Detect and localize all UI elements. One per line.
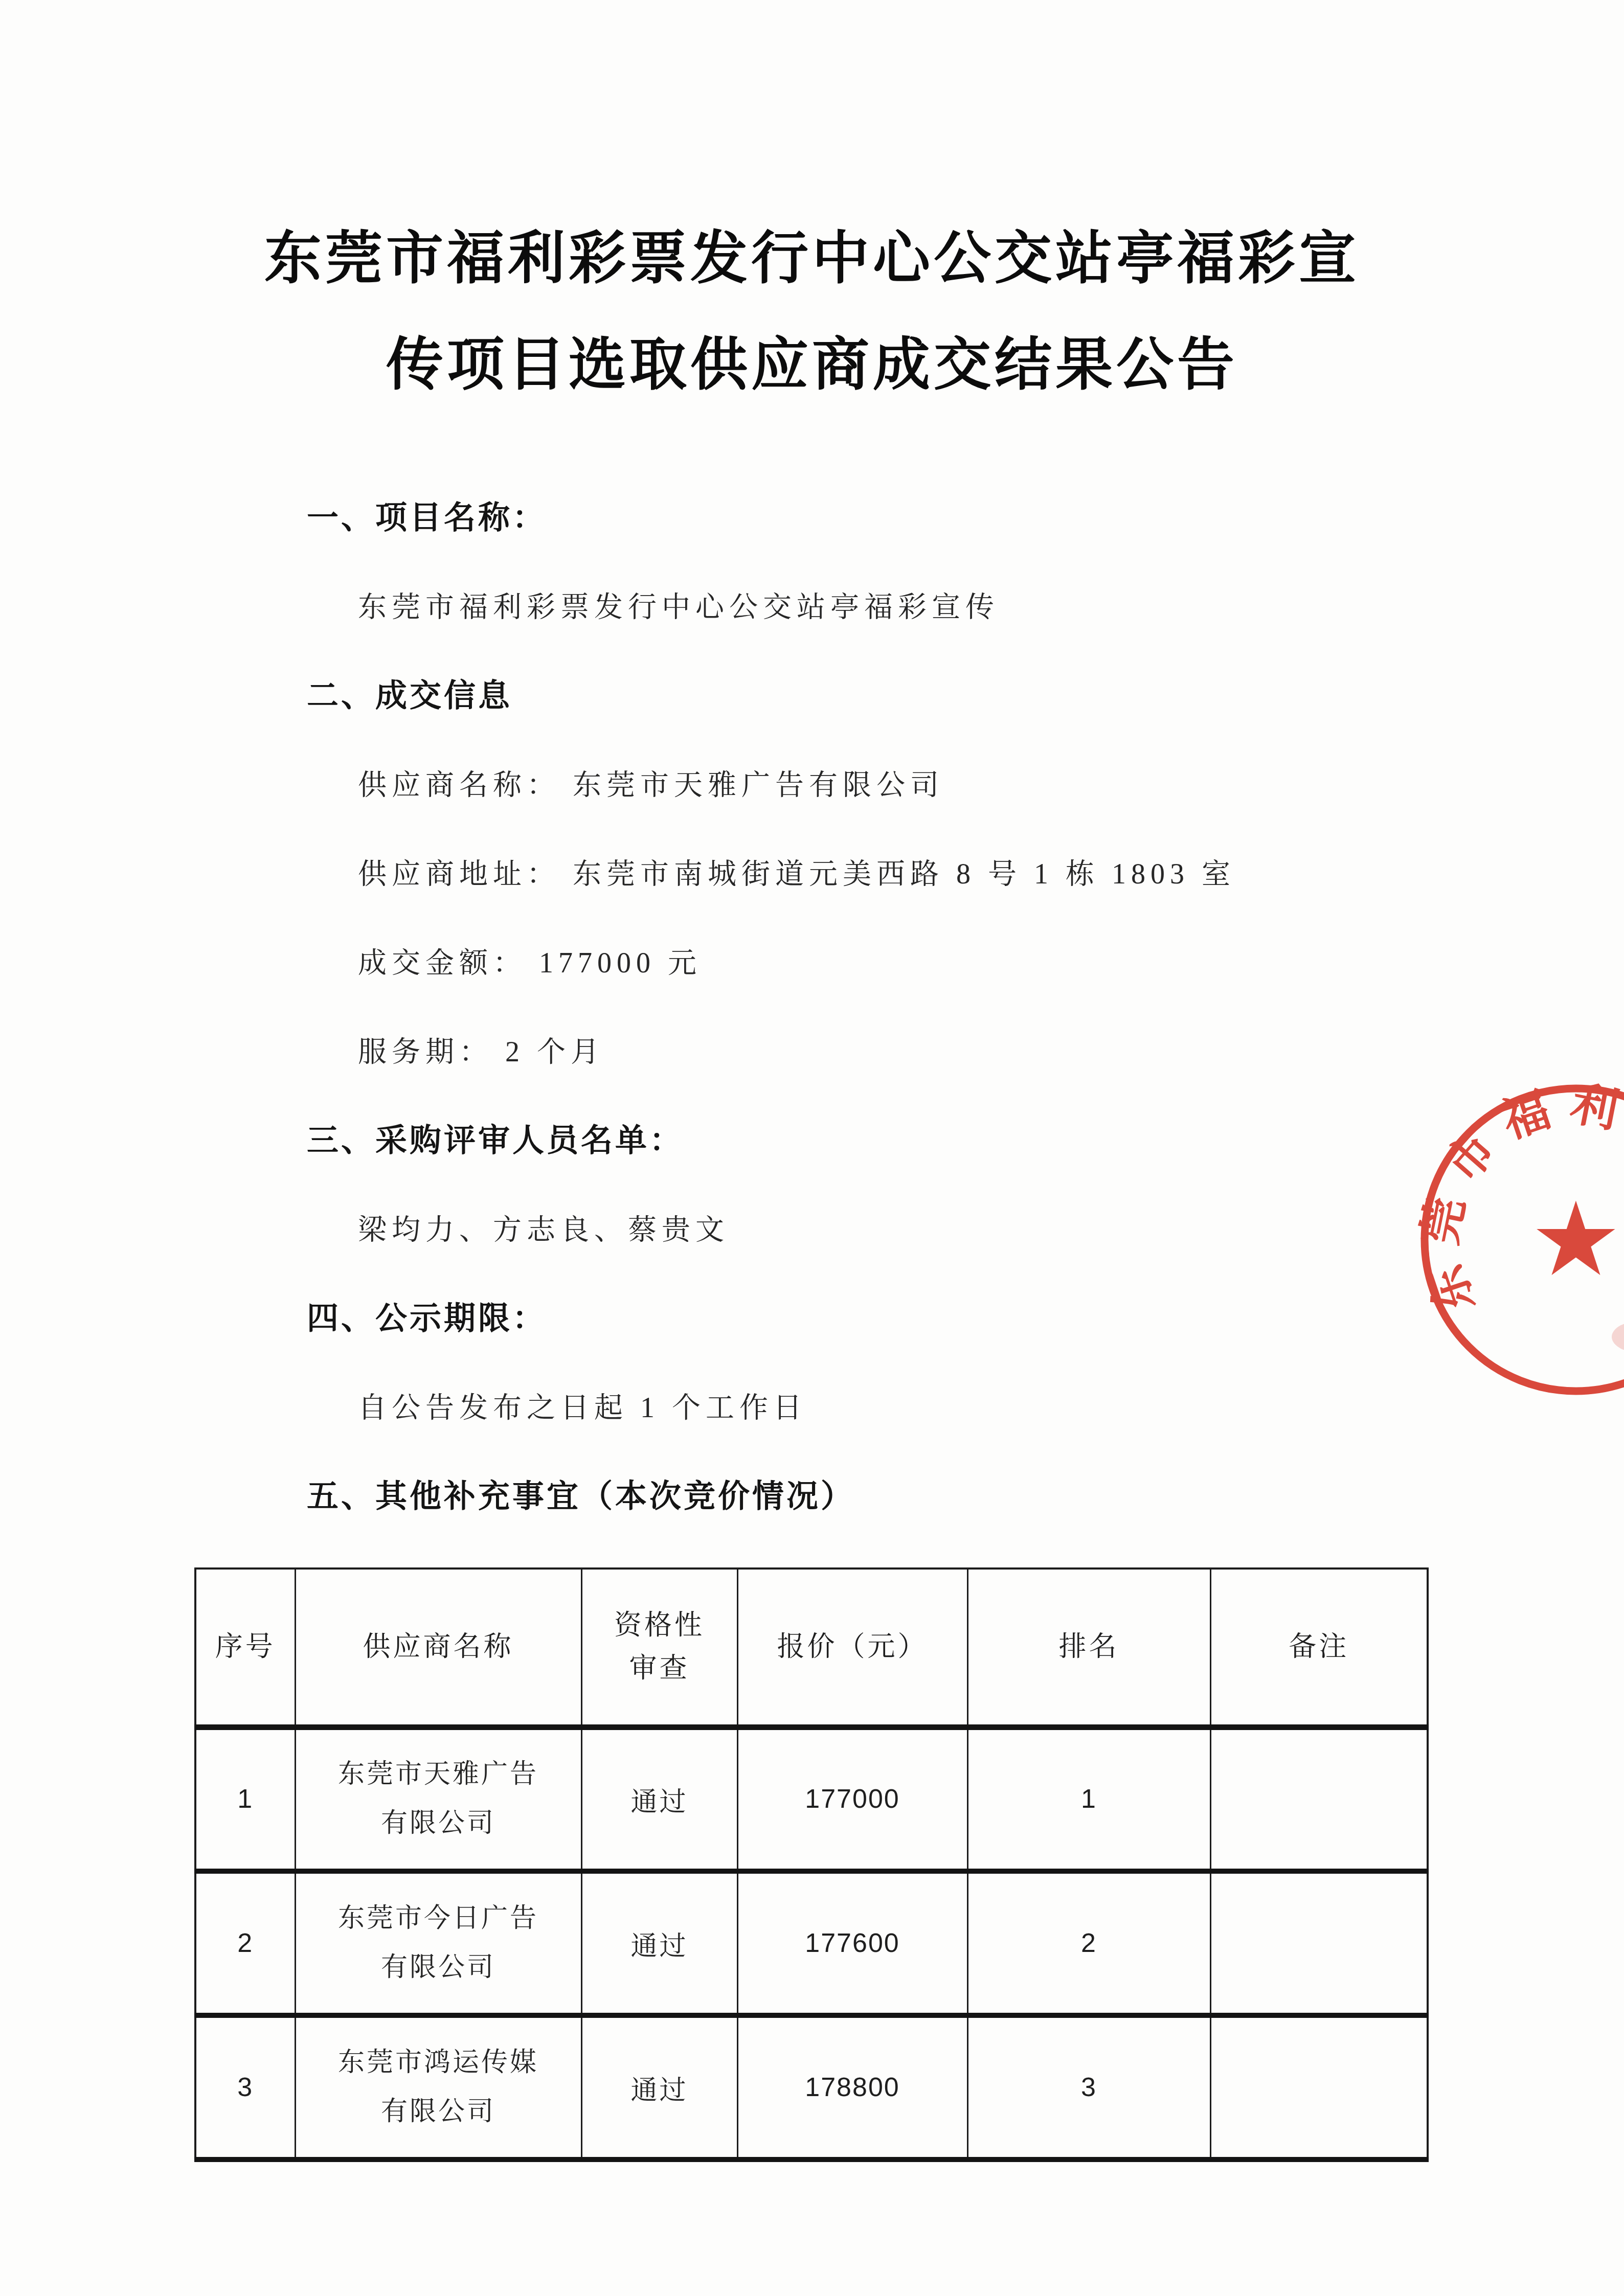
cell-remark (1210, 1871, 1428, 2015)
deal-amount-line: 成交金额： 177000 元 (0, 940, 1624, 987)
cell-no: 3 (195, 2015, 295, 2159)
cell-qualification: 通过 (581, 2015, 737, 2159)
supplier-address-line: 供应商地址： 东莞市南城街道元美西路 8 号 1 栋 1803 室 (0, 851, 1624, 898)
page-title-line-2: 传项目选取供应商成交结果公告 (0, 312, 1624, 418)
table-header-row: 序号 供应商名称 资格性审查 报价（元） 排名 备注 (195, 1568, 1428, 1727)
header-cell-rank: 排名 (967, 1568, 1210, 1727)
supplier-name-line: 供应商名称： 东莞市天雅广告有限公司 (0, 762, 1624, 809)
header-cell-supplier: 供应商名称 (295, 1568, 581, 1727)
cell-rank: 1 (967, 1727, 1210, 1871)
header-cell-price: 报价（元） (737, 1568, 967, 1727)
cell-rank: 3 (967, 2015, 1210, 2159)
cell-qualification: 通过 (581, 1871, 737, 2015)
cell-price: 178800 (737, 2015, 967, 2159)
service-period-line: 服务期： 2 个月 (0, 1029, 1624, 1076)
document-body: 一、项目名称： 东莞市福利彩票发行中心公交站亭福彩宣传 二、成交信息 供应商名称… (0, 495, 1624, 1520)
bid-table-header: 序号 供应商名称 资格性审查 报价（元） 排名 备注 (195, 1568, 1428, 1727)
cell-price: 177600 (737, 1871, 967, 2015)
section-heading-review-panel: 三、采购评审人员名单： (0, 1118, 1624, 1165)
header-cell-qualification: 资格性审查 (581, 1568, 737, 1727)
cell-supplier: 东莞市天雅广告有限公司 (295, 1727, 581, 1871)
bid-results-table: 序号 供应商名称 资格性审查 报价（元） 排名 备注 1 东莞市天雅广告有限公司… (194, 1567, 1429, 2162)
page-title-line-1: 东莞市福利彩票发行中心公交站亭福彩宣 (0, 206, 1624, 312)
cell-qualification: 通过 (581, 1727, 737, 1871)
cell-rank: 2 (967, 1871, 1210, 2015)
section-heading-project-name: 一、项目名称： (0, 495, 1624, 542)
section-heading-publicity-period: 四、公示期限： (0, 1295, 1624, 1343)
cell-price: 177000 (737, 1727, 967, 1871)
header-cell-no: 序号 (195, 1568, 295, 1727)
review-panel-names: 梁均力、方志良、蔡贵文 (0, 1207, 1624, 1254)
table-row: 1 东莞市天雅广告有限公司 通过 177000 1 (195, 1727, 1428, 1871)
publicity-period-value: 自公告发布之日起 1 个工作日 (0, 1384, 1624, 1431)
table-row: 3 东莞市鸿运传媒有限公司 通过 178800 3 (195, 2015, 1428, 2159)
cell-supplier: 东莞市今日广告有限公司 (295, 1871, 581, 2015)
page-title: 东莞市福利彩票发行中心公交站亭福彩宣 传项目选取供应商成交结果公告 (0, 206, 1624, 418)
header-cell-remark: 备注 (1210, 1568, 1428, 1727)
section-heading-supplementary: 五、其他补充事宜（本次竞价情况） (0, 1473, 1624, 1520)
project-name-value: 东莞市福利彩票发行中心公交站亭福彩宣传 (0, 584, 1624, 631)
table-row: 2 东莞市今日广告有限公司 通过 177600 2 (195, 1871, 1428, 2015)
section-heading-deal-info: 二、成交信息 (0, 673, 1624, 720)
cell-no: 2 (195, 1871, 295, 2015)
cell-no: 1 (195, 1727, 295, 1871)
cell-remark (1210, 1727, 1428, 1871)
cell-remark (1210, 2015, 1428, 2159)
scanned-document-page: 东莞市福利彩票发行中心公交站亭福彩宣 传项目选取供应商成交结果公告 一、项目名称… (0, 0, 1624, 2296)
cell-supplier: 东莞市鸿运传媒有限公司 (295, 2015, 581, 2159)
